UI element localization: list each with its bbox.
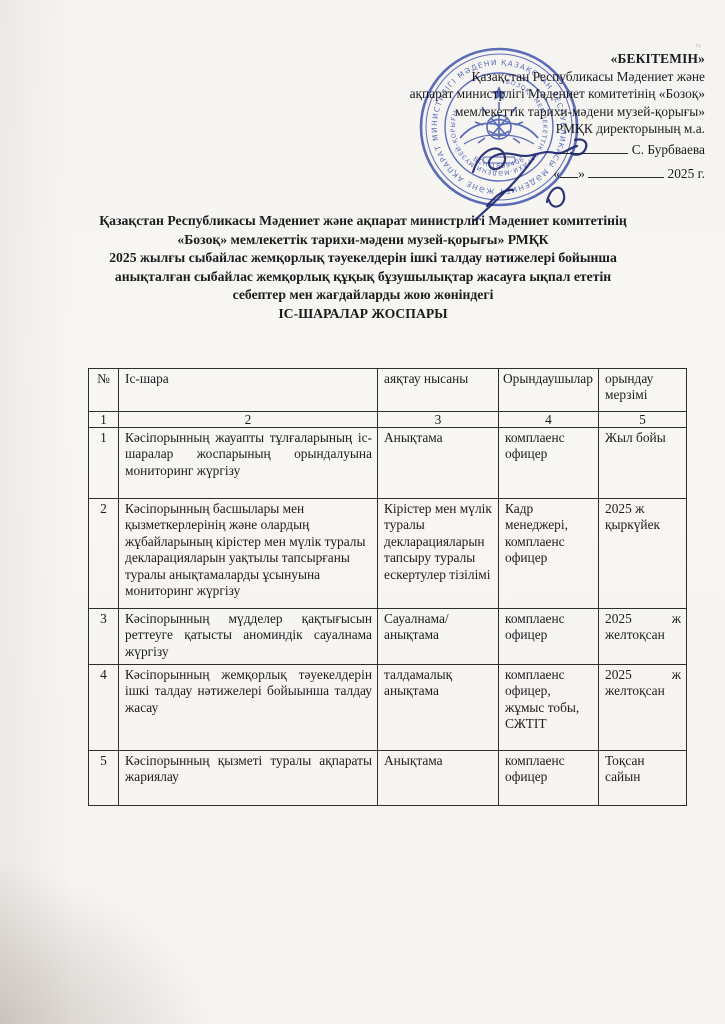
title-line: «Бозоқ» мемлекеттік тарихи-мәдени музей-… xyxy=(47,231,679,250)
title-line: 2025 жылғы сыбайлас жемқорлық тәуекелдер… xyxy=(47,249,679,268)
title-line: себептер мен жағдайларды жою жөніндегі xyxy=(47,286,679,305)
column-number: 2 xyxy=(119,412,378,428)
row-activity: Кәсіпорынның мүдделер қақтығысын реттеуг… xyxy=(119,609,378,665)
column-number: 3 xyxy=(378,412,499,428)
column-number: 1 xyxy=(89,412,119,428)
row-executors: комплаенс офицер, жұмыс тобы, СЖТІТ xyxy=(499,665,599,751)
row-number: 3 xyxy=(89,609,119,665)
signature-ink xyxy=(443,126,675,226)
column-number: 5 xyxy=(599,412,687,428)
header-activity: Іс-шара xyxy=(119,369,378,412)
title-line: ІС-ШАРАЛАР ЖОСПАРЫ xyxy=(47,305,679,324)
row-executors: комплаенс офицер xyxy=(499,609,599,665)
row-form: талдамалық анықтама xyxy=(378,665,499,751)
header-executors: Орындаушылар xyxy=(499,369,599,412)
row-deadline: 2025 ж желтоқсан xyxy=(599,665,687,751)
table-row: 4 Кәсіпорынның жемқорлық тәуекелдерін іш… xyxy=(89,665,687,751)
row-number: 4 xyxy=(89,665,119,751)
header-deadline: орындау мерзімі xyxy=(599,369,687,412)
row-activity: Кәсіпорынның басшылары мен қызметкерлері… xyxy=(119,499,378,609)
row-form: Кірістер мен мүлік туралы декларациялары… xyxy=(378,499,499,609)
row-deadline: Тоқсан сайын xyxy=(599,751,687,806)
action-plan-table: № Іс-шара аяқтау нысаны Орындаушылар оры… xyxy=(88,368,687,806)
table-row: 1 Кәсіпорынның жауапты тұлғаларының іс-ш… xyxy=(89,428,687,499)
document-title: Қазақстан Республикасы Мәдениет және ақп… xyxy=(47,212,679,324)
row-form: Сауалнама/ анықтама xyxy=(378,609,499,665)
scanned-document-page: «БЕКІТЕМІН» Қазақстан Республикасы Мәден… xyxy=(0,0,725,1024)
row-number: 2 xyxy=(89,499,119,609)
column-number-row: 1 2 3 4 5 xyxy=(89,412,687,428)
row-activity: Кәсіпорынның қызметі туралы ақпараты жар… xyxy=(119,751,378,806)
row-number: 5 xyxy=(89,751,119,806)
title-line: анықталған сыбайлас жемқорлық құқық бұзу… xyxy=(47,268,679,287)
row-deadline: Жыл бойы xyxy=(599,428,687,499)
row-form: Анықтама xyxy=(378,751,499,806)
row-executors: комплаенс офицер xyxy=(499,428,599,499)
row-number: 1 xyxy=(89,428,119,499)
header-number: № xyxy=(89,369,119,412)
table-row: 5 Кәсіпорынның қызметі туралы ақпараты ж… xyxy=(89,751,687,806)
table-header-row: № Іс-шара аяқтау нысаны Орындаушылар оры… xyxy=(89,369,687,412)
row-form: Анықтама xyxy=(378,428,499,499)
row-deadline: 2025 ж желтоқсан xyxy=(599,609,687,665)
row-activity: Кәсіпорынның жемқорлық тәуекелдерін ішкі… xyxy=(119,665,378,751)
row-activity: Кәсіпорынның жауапты тұлғаларының іс-шар… xyxy=(119,428,378,499)
table-row: 2 Кәсіпорынның басшылары мен қызметкерле… xyxy=(89,499,687,609)
row-executors: Кадр менеджері, комплаенс офицер xyxy=(499,499,599,609)
row-deadline: 2025 ж қыркүйек xyxy=(599,499,687,609)
table-row: 3 Кәсіпорынның мүдделер қақтығысын ретте… xyxy=(89,609,687,665)
column-number: 4 xyxy=(499,412,599,428)
header-form: аяқтау нысаны xyxy=(378,369,499,412)
row-executors: комплаенс офицер xyxy=(499,751,599,806)
